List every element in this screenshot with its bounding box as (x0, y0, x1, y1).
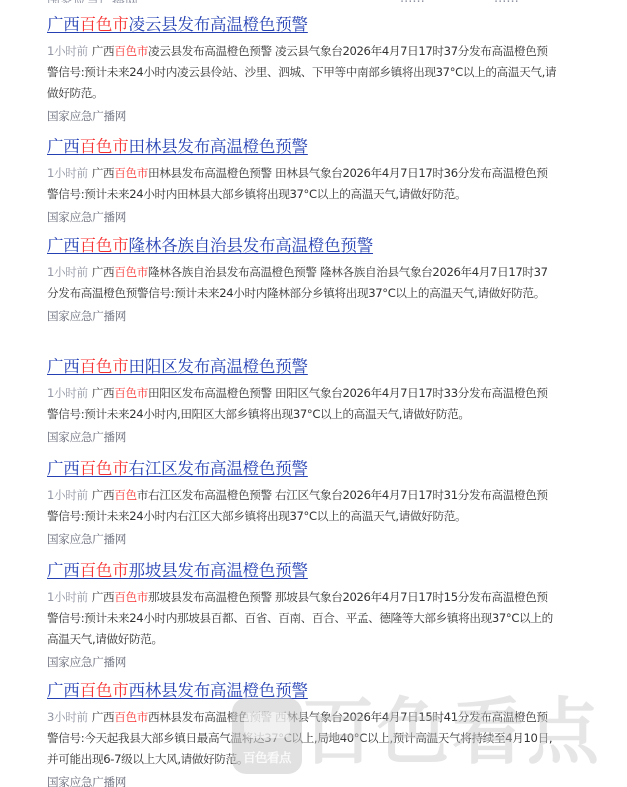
abstract-text: 广西 (92, 44, 115, 58)
title-text: 田林县发布高温橙色预警 (129, 137, 308, 156)
abstract-highlight: 百色市 (114, 166, 148, 180)
result-title-link[interactable]: 广西百色市那坡县发布高温橙色预警 (47, 560, 557, 582)
result-time: 1小时前 (47, 590, 88, 604)
title-text: 广西 (47, 459, 80, 478)
result-time: 1小时前 (47, 44, 88, 58)
title-text: 广西 (47, 236, 80, 255)
abstract-highlight: 百色市 (114, 386, 148, 400)
title-text: 隆林各族自治县发布高温橙色预警 (129, 236, 374, 255)
abstract-highlight: 百色市 (114, 710, 148, 724)
result-source[interactable]: 国家应急广播网 (47, 427, 557, 447)
title-highlight: 百色市 (80, 681, 129, 700)
abstract-text: 广西 (92, 488, 115, 502)
result-title-link[interactable]: 广西百色市右江区发布高温橙色预警 (47, 458, 557, 480)
title-text: 广西 (47, 561, 80, 580)
title-text: 广西 (47, 15, 80, 34)
title-highlight: 百色市 (80, 357, 129, 376)
result-abstract: 3小时前广西百色市西林县发布高温橙色预警 西林县气象台2026年4月7日15时4… (47, 707, 557, 770)
abstract-text: 广西 (92, 590, 115, 604)
clipped-text-left: 国家应急广播网 ... (47, 0, 155, 3)
abstract-text: 广西 (92, 710, 115, 724)
title-text: 凌云县发布高温橙色预警 (129, 15, 308, 34)
clipped-text-right-a: ...... (400, 0, 425, 3)
result-time: 1小时前 (47, 265, 88, 279)
result-abstract: 1小时前广西百色市田阳区发布高温橙色预警 田阳区气象台2026年4月7日17时3… (47, 383, 557, 425)
title-text: 田阳区发布高温橙色预警 (129, 357, 308, 376)
abstract-text: 广西 (92, 166, 115, 180)
title-text: 广西 (47, 137, 80, 156)
abstract-highlight: 百色市 (114, 265, 148, 279)
title-highlight: 百色市 (80, 137, 129, 156)
title-text: 广西 (47, 681, 80, 700)
result-title-link[interactable]: 广西百色市田林县发布高温橙色预警 (47, 136, 557, 158)
result-abstract: 1小时前广西百色市右江区发布高温橙色预警 右江区气象台2026年4月7日17时3… (47, 485, 557, 527)
clipped-previous-result-line: 国家应急广播网 ... ...... ...... (47, 0, 607, 3)
abstract-highlight: 百色市 (114, 44, 148, 58)
result-source[interactable]: 国家应急广播网 (47, 772, 557, 787)
search-result: 广西百色市隆林各族自治县发布高温橙色预警 1小时前广西百色市隆林各族自治县发布高… (47, 235, 557, 326)
title-highlight: 百色市 (80, 459, 129, 478)
title-highlight: 百色市 (80, 561, 129, 580)
result-time: 1小时前 (47, 386, 88, 400)
abstract-highlight: 百色 (114, 488, 137, 502)
result-source[interactable]: 国家应急广播网 (47, 207, 557, 227)
abstract-highlight: 百色市 (114, 590, 148, 604)
search-result: 广西百色市田林县发布高温橙色预警 1小时前广西百色市田林县发布高温橙色预警 田林… (47, 136, 557, 227)
result-source[interactable]: 国家应急广播网 (47, 106, 557, 126)
abstract-text: 广西 (92, 386, 115, 400)
search-result: 广西百色市右江区发布高温橙色预警 1小时前广西百色市右江区发布高温橙色预警 右江… (47, 458, 557, 549)
result-title-link[interactable]: 广西百色市凌云县发布高温橙色预警 (47, 14, 557, 36)
search-result: 广西百色市田阳区发布高温橙色预警 1小时前广西百色市田阳区发布高温橙色预警 田阳… (47, 356, 557, 447)
result-source[interactable]: 国家应急广播网 (47, 652, 557, 672)
result-source[interactable]: 国家应急广播网 (47, 306, 557, 326)
clipped-text-right-b: ...... (494, 0, 519, 3)
result-time: 1小时前 (47, 166, 88, 180)
result-time: 3小时前 (47, 710, 88, 724)
title-text: 广西 (47, 357, 80, 376)
abstract-text: 广西 (92, 265, 115, 279)
result-abstract: 1小时前广西百色市那坡县发布高温橙色预警 那坡县气象台2026年4月7日17时1… (47, 587, 557, 650)
title-text: 那坡县发布高温橙色预警 (129, 561, 308, 580)
result-source[interactable]: 国家应急广播网 (47, 529, 557, 549)
result-title-link[interactable]: 广西百色市田阳区发布高温橙色预警 (47, 356, 557, 378)
title-highlight: 百色市 (80, 236, 129, 255)
result-title-link[interactable]: 广西百色市隆林各族自治县发布高温橙色预警 (47, 235, 557, 257)
result-abstract: 1小时前广西百色市凌云县发布高温橙色预警 凌云县气象台2026年4月7日17时3… (47, 41, 557, 104)
title-highlight: 百色市 (80, 15, 129, 34)
result-title-link[interactable]: 广西百色市西林县发布高温橙色预警 (47, 680, 557, 702)
result-abstract: 1小时前广西百色市隆林各族自治县发布高温橙色预警 隆林各族自治县气象台2026年… (47, 262, 557, 304)
search-result: 广西百色市凌云县发布高温橙色预警 1小时前广西百色市凌云县发布高温橙色预警 凌云… (47, 14, 557, 126)
search-result: 广西百色市西林县发布高温橙色预警 3小时前广西百色市西林县发布高温橙色预警 西林… (47, 680, 557, 787)
result-abstract: 1小时前广西百色市田林县发布高温橙色预警 田林县气象台2026年4月7日17时3… (47, 163, 557, 205)
title-text: 右江区发布高温橙色预警 (129, 459, 308, 478)
title-text: 西林县发布高温橙色预警 (129, 681, 308, 700)
search-result: 广西百色市那坡县发布高温橙色预警 1小时前广西百色市那坡县发布高温橙色预警 那坡… (47, 560, 557, 672)
result-time: 1小时前 (47, 488, 88, 502)
